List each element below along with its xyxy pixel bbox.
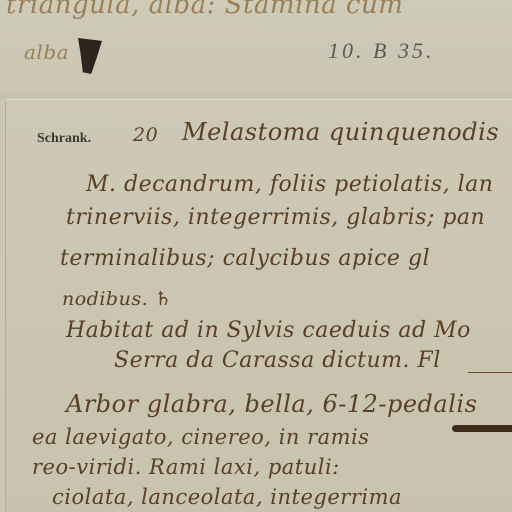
description-line-9: reo-viridi. Rami laxi, patuli: [32, 455, 340, 479]
description-line-3: terminalibus; calycibus apice gl [60, 246, 430, 271]
description-line-1: M. decandrum, foliis petiolatis, lan [86, 172, 493, 197]
specimen-number: 20 [133, 124, 158, 146]
description-line-10: ciolata, lanceolata, integerrima [52, 485, 402, 509]
upper-label-line-1: triangula, alba: Stamina cum [6, 0, 403, 20]
upper-label-line-2: alba [24, 40, 69, 64]
species-title: Melastoma quinquenodis [182, 118, 499, 146]
underline-mark [468, 372, 512, 373]
pin-icon [78, 38, 102, 74]
habitat-line: Habitat ad in Sylvis caeduis ad Mo [66, 318, 471, 343]
locality-line: Serra da Carassa dictum. Fl [114, 348, 441, 373]
strikethrough-mark [452, 425, 512, 432]
collector-stamp: Schrank. [37, 131, 91, 147]
description-line-2: trinerviis, integerrimis, glabris; pan [66, 205, 485, 230]
upper-specimen-label: triangula, alba: Stamina cum alba 10. B … [0, 0, 512, 94]
description-line-4: nodibus. ♄ [62, 288, 172, 310]
description-line-8: ea laevigato, cinereo, in ramis [32, 425, 370, 449]
catalog-number: 10. B 35. [328, 38, 434, 64]
description-line-7: Arbor glabra, bella, 6-12-pedalis [66, 390, 477, 418]
